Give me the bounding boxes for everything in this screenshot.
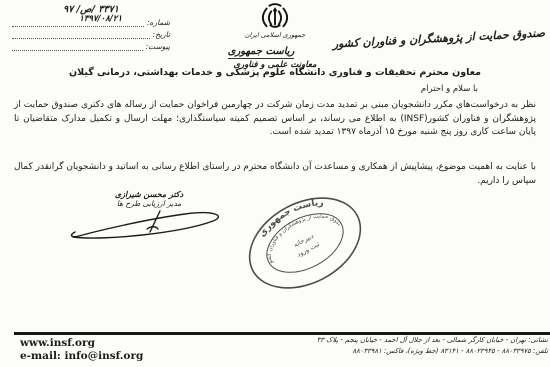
footer-address-block: نشانی: تهران - خیابان کارگر شمالی - بعد … xyxy=(240,335,548,357)
date-dotted-line xyxy=(12,31,150,39)
scanned-letter-page: ۳۳۷۱ /ص/ ۹۷ شماره: ۱۳۹۷/۰۸/۲۱ تاریخ: پیو… xyxy=(0,0,550,367)
signature-block: دکتر محسن شیرازی مدیر ارزیابی طرح ها xyxy=(60,190,238,249)
date-row: تاریخ: xyxy=(12,27,170,39)
number-label: شماره: xyxy=(147,18,170,27)
emblem-sword-tip xyxy=(273,7,277,14)
date-label: تاریخ: xyxy=(153,30,170,39)
presidency-title: ریاست جمهوری xyxy=(228,46,295,59)
body-paragraph-1: نظر به درخواست‌های مکرر دانشجویان مبنی ب… xyxy=(14,99,536,140)
phone-numbers: تلفن: ۸۸۰۳۳۹۷۵ - ۸۸۰۲۳۹۴۵ - ۸۳۱۴۱ (خط وی… xyxy=(240,346,548,357)
footer-contact-web: www.insf.org e-mail: info@insf.org xyxy=(20,337,143,362)
letter-date-value: ۱۳۹۷/۰۸/۲۱ xyxy=(79,14,122,24)
svg-text:صندوق حمایت از پژوهشگران و فنا: صندوق حمایت از پژوهشگران و فناوران کشور xyxy=(227,178,343,277)
salutation: با سلام و احترام xyxy=(421,84,478,94)
letterhead-center: جمهوری اسلامی ایران ریاست جمهوری معاونت … xyxy=(213,2,337,70)
attachment-row: پیوست: xyxy=(12,39,170,51)
stamp-inner-text: صندوق حمایت از پژوهشگران و فناوران کشور xyxy=(227,178,343,277)
attachment-dotted-line xyxy=(12,43,143,51)
number-row: شماره: ۱۳۹۷/۰۸/۲۱ xyxy=(12,15,170,27)
body-paragraph-2: با عنایت به اهمیت موضوع، پیشاپیش از همکا… xyxy=(14,161,536,188)
signatory-name: دکتر محسن شیرازی xyxy=(60,190,238,199)
country-caption: جمهوری اسلامی ایران xyxy=(213,31,337,39)
postal-address: نشانی: تهران - خیابان کارگر شمالی - بعد … xyxy=(240,335,548,346)
fund-title: صندوق حمایت از پژوهشگران و فناوران کشور xyxy=(333,26,545,50)
reference-block: ۳۳۷۱ /ص/ ۹۷ شماره: ۱۳۹۷/۰۸/۲۱ تاریخ: پیو… xyxy=(12,4,170,51)
recipient-line: معاون محترم تحقیقات و فناوری دانشگاه علو… xyxy=(8,67,542,78)
official-stamp: ریاست جمهوری صندوق حمایت از پژوهشگران و … xyxy=(227,172,382,314)
attachment-label: پیوست: xyxy=(146,42,170,51)
handwritten-signature xyxy=(63,205,235,249)
number-dotted-line: ۱۳۹۷/۰۸/۲۱ xyxy=(12,19,144,27)
website-url: www.insf.org xyxy=(20,337,143,350)
email-address: e-mail: info@insf.org xyxy=(20,350,143,363)
iran-emblem-icon xyxy=(256,2,294,30)
